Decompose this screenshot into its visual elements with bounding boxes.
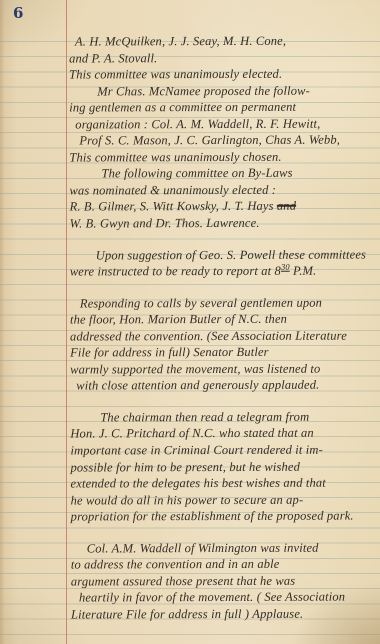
text-line: ing gentlemen as a committee on permanen… [69,99,375,117]
text-line: Upon suggestion of Geo. S. Powell these … [70,246,376,264]
text-line: important case in Criminal Court rendere… [70,441,376,459]
text-line: Hon. J. C. Pritchard of N.C. who stated … [70,425,376,443]
text-line: The following committee on By-Laws [69,165,375,183]
text-line: Prof S. C. Mason, J. C. Garlington, Chas… [69,132,375,150]
text-line: extended to the delegates his best wishe… [71,475,377,493]
text-line: and P. A. Stovall. [69,49,375,67]
text-line: with close attention and generously appl… [70,377,376,395]
text-line: Responding to calls by several gentlemen… [70,294,376,312]
text-line: The chairman then read a telegram from [70,408,376,426]
red-margin-line [66,0,67,644]
text-line: the floor, Hon. Marion Butler of N.C. th… [70,311,376,329]
text-line: possible for him to be present, but he w… [70,458,376,476]
text-line: were instructed to be ready to report at… [70,263,376,281]
text-line: argument assured those present that he w… [71,572,377,590]
text-line: R. B. Gilmer, S. Witt Kowsky, J. T. Hays… [70,198,376,216]
text-line: A. H. McQuilken, J. J. Seay, M. H. Cone, [69,32,375,50]
manuscript-page: 6 A. H. McQuilken, J. J. Seay, M. H. Con… [0,0,380,644]
text-line: to address the convention and in an able [71,556,377,574]
text-line: propriation for the establishment of the… [71,508,377,526]
strike-text: and [277,199,296,213]
handwritten-text: A. H. McQuilken, J. J. Seay, M. H. Cone,… [69,32,377,623]
page-number: 6 [13,4,23,22]
sup-text: 30 [281,262,290,272]
text-line: heartily in favor of the movement. ( See… [71,589,377,607]
text-line: This committee was unanimously chosen. [69,148,375,166]
text-line: This committee was unanimously elected. [69,66,375,84]
text-line: he would do all in his power to secure a… [71,491,377,509]
text-line: was nominated & unanimously elected : [69,181,375,199]
text-line: organization : Col. A. M. Waddell, R. F.… [69,115,375,133]
text-line: addressed the convention. (See Associati… [70,327,376,345]
text-line: File for address in full) Senator Butler [70,344,376,362]
text-line: Mr Chas. McNamee proposed the follow- [69,82,375,100]
text-line: Literature File for address in full ) Ap… [71,605,377,623]
text-line: W. B. Gwyn and Dr. Thos. Lawrence. [70,214,376,232]
text-line: warmly supported the movement, was liste… [70,360,376,378]
text-line: Col. A.M. Waddell of Wilmington was invi… [71,539,377,557]
